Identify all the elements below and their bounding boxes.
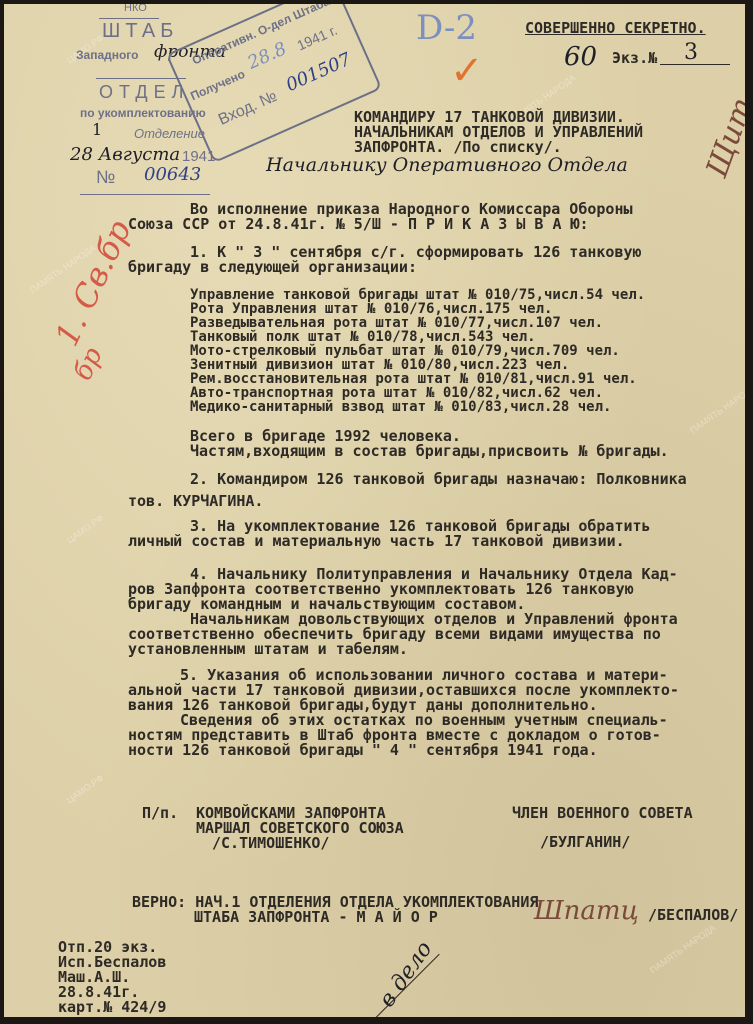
red-margin-note: 1. Св.бр (47, 214, 138, 352)
stamp-rule (99, 18, 159, 19)
signature-left-line: /С.ТИМОШЕНКО/ (212, 835, 329, 851)
signature-right-line: /БУЛГАНИН/ (540, 834, 630, 850)
stamp-department: ОТДЕЛ (99, 82, 189, 103)
watermark: ЦАМО.РФ (65, 773, 105, 806)
handwritten-addressee: Начальнику Оперативного Отдела (266, 154, 628, 176)
stamp-front-printed: Западного (76, 48, 138, 62)
red-margin-note: бр (68, 343, 109, 385)
incoming-label: Вход. № (216, 88, 280, 130)
item2-line: 2. Командиром 126 танковой бригады назна… (190, 471, 687, 487)
stamp-department-sub: по укомплектованию (80, 106, 206, 120)
signature-pp: П/п. (142, 805, 178, 821)
handwritten-note: в дело (375, 937, 438, 1012)
unit-row: Медико-санитарный взвод штат № 010/83,чи… (190, 400, 611, 415)
preamble-line: Союза ССР от 24.8.41г. № 5/Ш - П Р И К А… (128, 216, 589, 232)
stamp-headquarters: ШТАБ (102, 20, 178, 43)
item5-line: ности 126 танковой бригады " 4 " сентябр… (128, 742, 598, 758)
verified-name: /БЕСПАЛОВ/ (648, 907, 738, 923)
item1-line: бригаду в следующей организации: (128, 259, 417, 275)
checkmark-icon: ✓ (450, 48, 484, 94)
watermark: ЦАМО.РФ (65, 513, 105, 546)
incoming-number: 001507 (283, 49, 354, 96)
margin-signature: Щит (700, 93, 745, 182)
item4-line: установленным штатам и табелям. (128, 641, 408, 657)
verified-line: ШТАБА ЗАПФРОНТА - М А Й О Р (194, 909, 438, 925)
watermark: ПАМЯТЬ НАРОДА (648, 923, 717, 976)
item2-line: тов. КУРЧАГИНА. (128, 493, 263, 509)
footer-line: карт.№ 424/9 (58, 999, 166, 1015)
stamp-section-number: 1 (92, 120, 102, 139)
handwritten-60: 60 (564, 42, 597, 72)
stamp-section-label: Отделение (134, 126, 205, 141)
document-page: ЦАМО.РФ ПАМЯТЬ НАРОДА ПАМЯТЬ НАРОДА ПАМЯ… (4, 4, 745, 1017)
stamp-number-label: № (96, 167, 115, 188)
assign-number-line: Частям,входящим в состав бригады,присвои… (190, 443, 669, 459)
copy-number: 3 (684, 40, 698, 65)
item3-line: личный состав и материальную часть 17 та… (128, 533, 625, 549)
classification: СОВЕРШЕННО СЕКРЕТНО. (525, 20, 706, 36)
stamp-rule (80, 194, 210, 195)
stamp-org: НКО (124, 4, 147, 14)
received-date: 28.8 (245, 38, 290, 73)
received-year: 1941 г. (294, 22, 339, 54)
copy-label: Экз.№ (612, 50, 657, 66)
received-label: Получено (188, 67, 247, 103)
signature-right-line: ЧЛЕН ВОЕННОГО СОВЕТА (512, 805, 693, 821)
stamp-date-handwritten: 28 Августа (70, 144, 180, 165)
stamp-number-value: 00643 (144, 164, 201, 185)
watermark: ПАМЯТЬ НАРОДА (688, 383, 745, 436)
handwritten-d2: D-2 (416, 8, 477, 48)
stamp-rule (96, 78, 186, 79)
addressee-line: ЗАПФРОНТА. /По списку/. (354, 139, 562, 155)
handwritten-signature: Шпатц (534, 896, 639, 926)
